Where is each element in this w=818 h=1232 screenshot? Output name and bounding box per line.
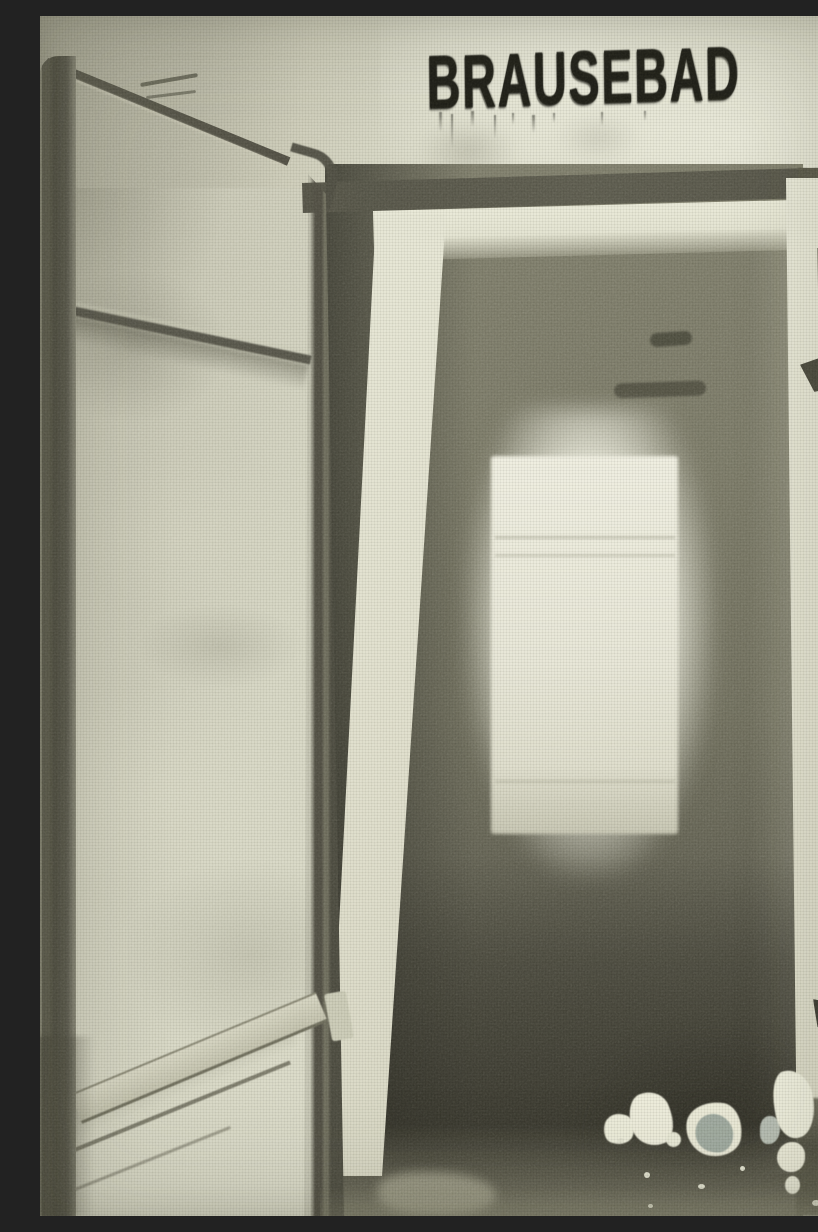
wall-vent-mark: [614, 380, 706, 398]
paint-speck: [740, 1166, 745, 1171]
paint-drip: [439, 112, 442, 132]
paint-chip-grey-center: [693, 1112, 736, 1155]
bright-window: [491, 456, 678, 834]
paint-drip: [451, 114, 453, 148]
paint-drip: [532, 115, 535, 133]
paint-drip: [553, 113, 555, 123]
paint-speck: [618, 1138, 624, 1143]
wall-vent-mark: [650, 331, 693, 348]
door-left-edge-shadow: [40, 1036, 94, 1216]
paint-drip: [512, 113, 514, 125]
paint-drip: [494, 115, 496, 139]
window-sash-line: [495, 780, 675, 783]
window-sash-line: [495, 554, 675, 557]
paint-drip: [471, 111, 474, 127]
window-sash-line: [495, 536, 675, 539]
paint-drip: [644, 111, 646, 121]
paint-speck: [644, 1172, 650, 1178]
paint-drip: [601, 112, 603, 126]
floor-bottom-light: [320, 1186, 818, 1216]
paint-chip: [666, 1132, 681, 1147]
brausebad-photograph: BRAUSEBAD: [40, 16, 818, 1216]
paint-chip: [777, 1142, 805, 1172]
